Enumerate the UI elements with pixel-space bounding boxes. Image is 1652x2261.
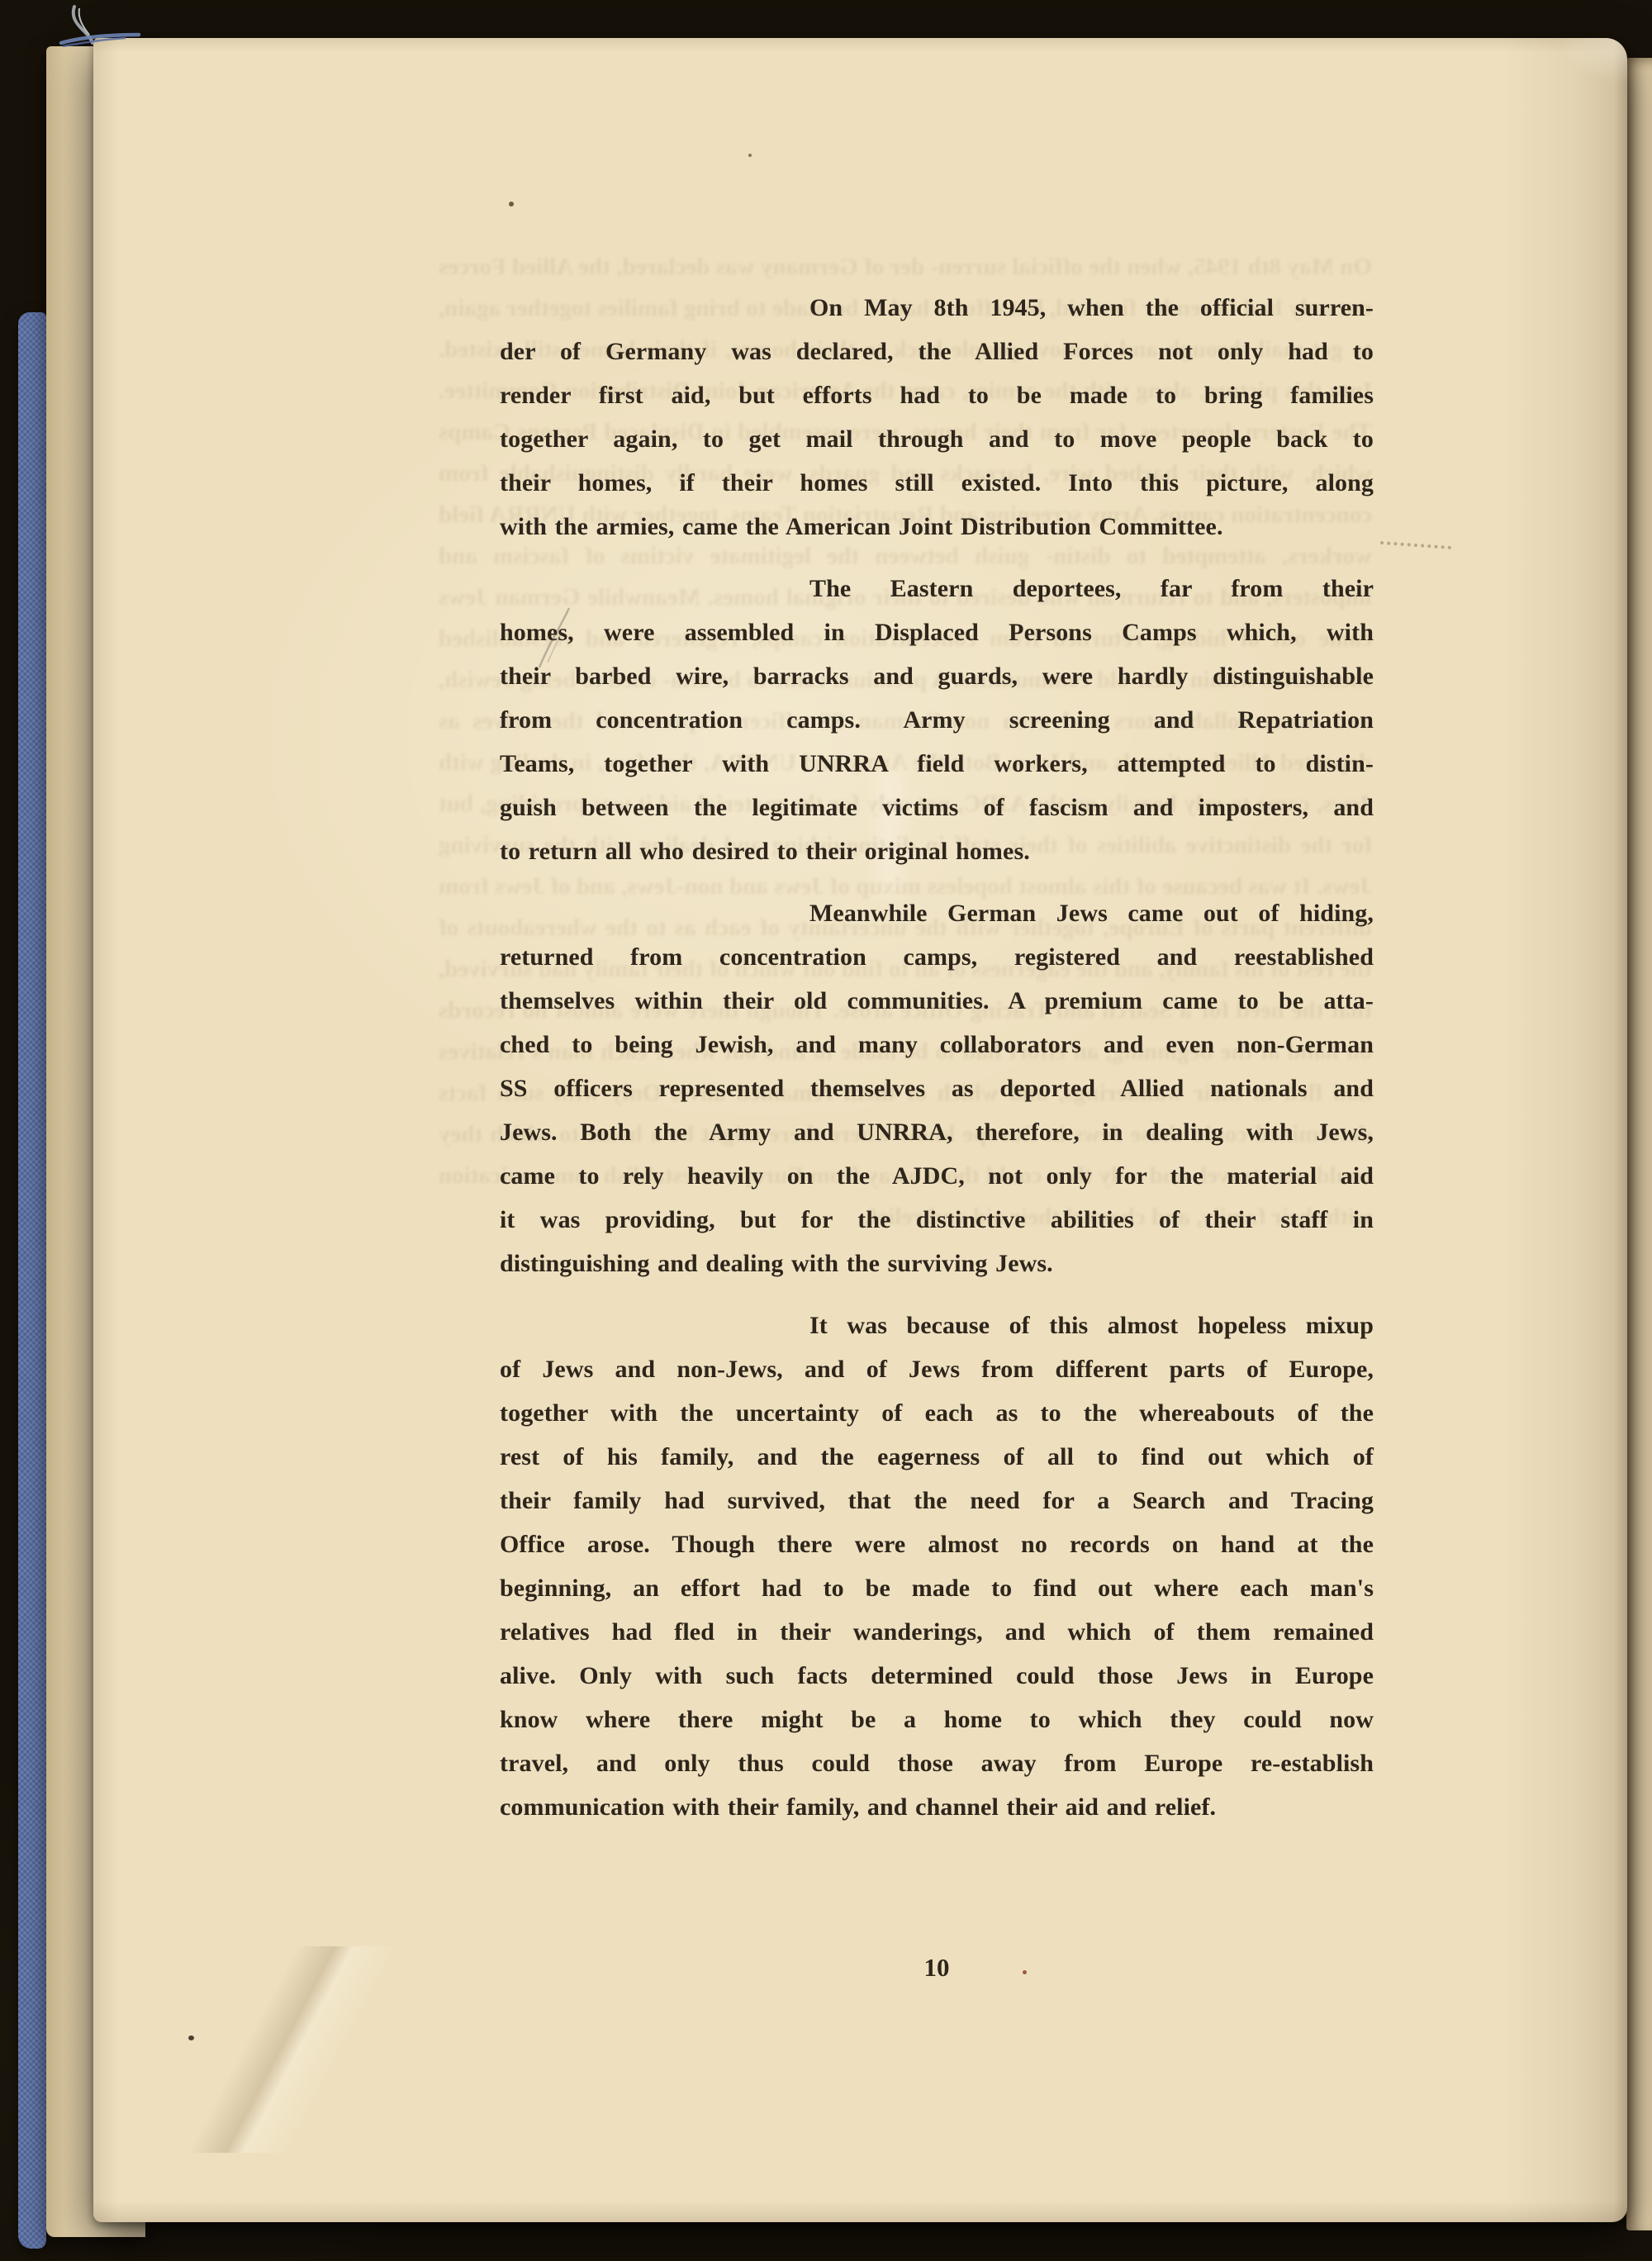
text-line: Office arose. Though there were almost n…: [500, 1522, 1374, 1566]
text-line: SS officers represented themselves as de…: [500, 1066, 1374, 1110]
text-line: rest of his family, and the eagerness of…: [500, 1435, 1374, 1479]
text-line: it was providing, but for the distinctiv…: [500, 1198, 1374, 1242]
text-line: communication with their family, and cha…: [500, 1785, 1374, 1829]
text-line: travel, and only thus could those away f…: [500, 1741, 1374, 1785]
page-number: 10: [500, 1951, 1374, 1984]
book-cover-cloth-edge: [18, 312, 46, 2249]
text-line: homes, were assembled in Displaced Perso…: [500, 610, 1374, 654]
scratch-mark: [536, 605, 576, 671]
scan-background: { "document": { "page_number": "10", "pa…: [0, 0, 1652, 2261]
text-line: their family had survived, that the need…: [500, 1479, 1374, 1522]
text-line: The Eastern deportees, far from their: [500, 567, 1374, 610]
text-line: of Jews and non-Jews, and of Jews from d…: [500, 1347, 1374, 1391]
paragraph: Meanwhile German Jews came out of hiding…: [500, 891, 1374, 1285]
page-text: On May 8th 1945, when the official surre…: [500, 286, 1374, 1829]
text-line: ched to being Jewish, and many collabora…: [500, 1023, 1374, 1066]
text-line: relatives had fled in their wanderings, …: [500, 1610, 1374, 1654]
text-line: know where there might be a home to whic…: [500, 1698, 1374, 1741]
text-line: from concentration camps. Army screening…: [500, 698, 1374, 742]
faint-dotted-mark: [1380, 541, 1451, 549]
text-line: On May 8th 1945, when the official surre…: [500, 286, 1374, 330]
book-page: On May 8th 1945, when the official surre…: [93, 38, 1627, 2222]
facing-page-edge: [1626, 58, 1652, 2230]
text-line: distinguishing and dealing with the surv…: [500, 1242, 1374, 1285]
text-line: Jews. Both the Army and UNRRA, therefore…: [500, 1110, 1374, 1154]
text-line: beginning, an effort had to be made to f…: [500, 1566, 1374, 1610]
paragraph: The Eastern deportees, far from theirhom…: [500, 567, 1374, 873]
paper-speck: [748, 154, 752, 157]
binding-thread: [46, 2, 170, 59]
text-line: their homes, if their homes still existe…: [500, 461, 1374, 505]
text-line: render first aid, but efforts had to be …: [500, 373, 1374, 417]
paragraph: On May 8th 1945, when the official surre…: [500, 286, 1374, 549]
corner-crease: [98, 1946, 462, 2153]
text-line: together with the uncertainty of each as…: [500, 1391, 1374, 1435]
text-line: themselves within their old communities.…: [500, 979, 1374, 1023]
text-line: Teams, together with UNRRA field workers…: [500, 742, 1374, 786]
text-line: alive. Only with such facts determined c…: [500, 1654, 1374, 1698]
paragraph: It was because of this almost hopeless m…: [500, 1304, 1374, 1829]
text-line: returned from concentration camps, regis…: [500, 935, 1374, 979]
text-line: with the armies, came the American Joint…: [500, 505, 1374, 549]
text-line: Meanwhile German Jews came out of hiding…: [500, 891, 1374, 935]
paper-speck: [1023, 1970, 1027, 1974]
text-line: together again, to get mail through and …: [500, 417, 1374, 461]
paper-speck: [509, 202, 514, 207]
text-line: came to rely heavily on the AJDC, not on…: [500, 1154, 1374, 1198]
text-line: It was because of this almost hopeless m…: [500, 1304, 1374, 1347]
text-line: to return all who desired to their origi…: [500, 829, 1374, 873]
text-line: der of Germany was declared, the Allied …: [500, 330, 1374, 373]
paper-speck: [188, 2035, 194, 2040]
book-photo: On May 8th 1945, when the official surre…: [0, 0, 1652, 2261]
text-line: guish between the legitimate victims of …: [500, 786, 1374, 829]
text-line: their barbed wire, barracks and guards, …: [500, 654, 1374, 698]
